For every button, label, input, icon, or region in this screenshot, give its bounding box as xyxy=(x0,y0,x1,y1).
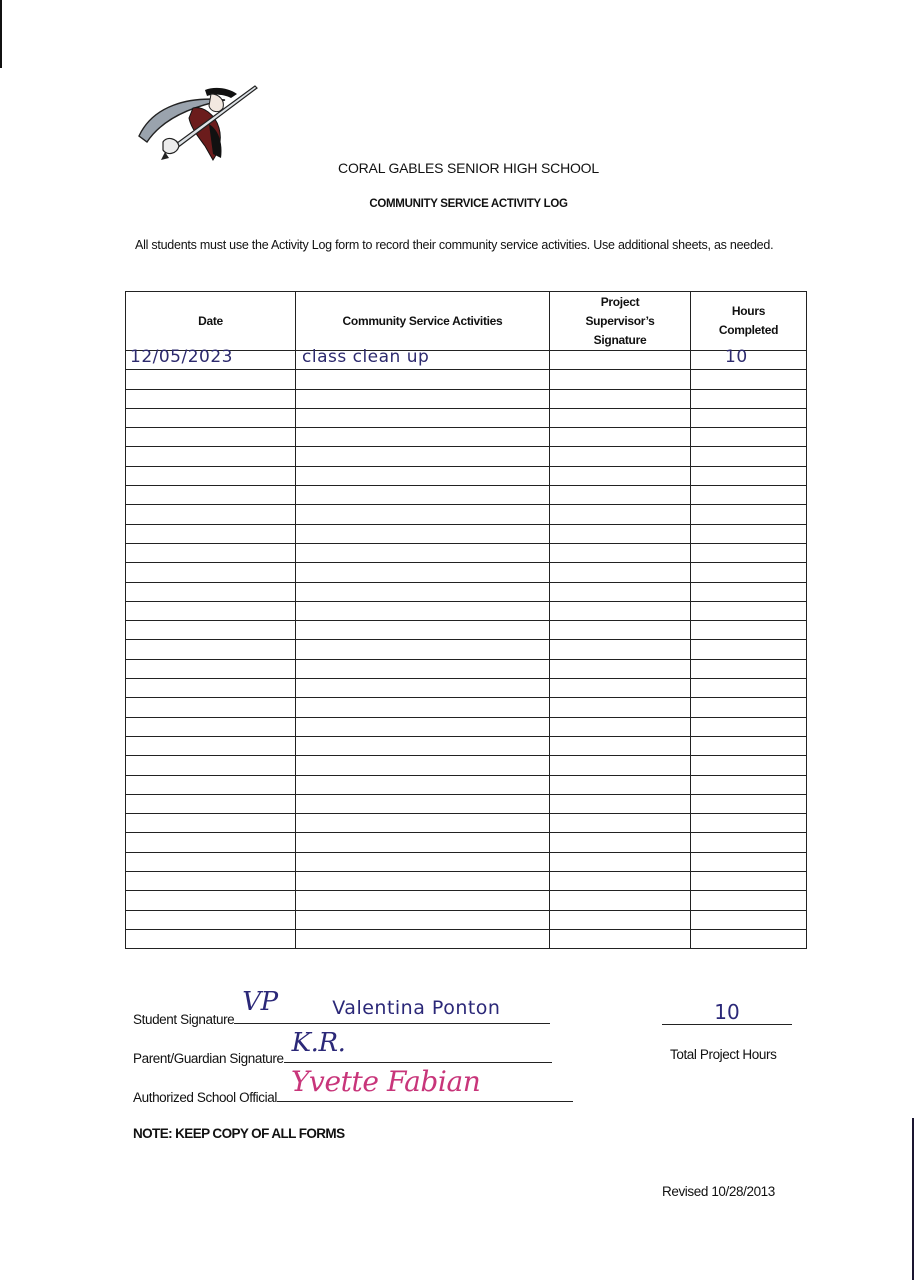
hours-cell[interactable] xyxy=(691,872,807,891)
table-row xyxy=(126,370,807,389)
activity-cell[interactable] xyxy=(296,756,550,775)
hours-cell[interactable] xyxy=(691,466,807,485)
date-cell[interactable] xyxy=(126,621,296,640)
student-signature-label: Student Signature xyxy=(133,1012,234,1027)
hours-cell[interactable] xyxy=(691,428,807,447)
activity-cell[interactable] xyxy=(296,543,550,562)
header-line: Supervisor’s xyxy=(550,312,690,331)
header-line: Completed xyxy=(691,321,806,340)
activity-cell[interactable] xyxy=(296,698,550,717)
supervisor-signature-cell[interactable] xyxy=(550,717,691,736)
supervisor-signature-cell[interactable] xyxy=(550,543,691,562)
activity-cell[interactable] xyxy=(296,370,550,389)
total-hours-label: Total Project Hours xyxy=(670,1047,776,1062)
instructions: All students must use the Activity Log f… xyxy=(135,234,795,256)
official-signature-field[interactable]: Yvette Fabian xyxy=(277,1087,573,1102)
date-cell[interactable] xyxy=(126,640,296,659)
hours-cell[interactable] xyxy=(691,910,807,929)
activity-cell[interactable] xyxy=(296,929,550,948)
official-signature-handwriting: Yvette Fabian xyxy=(291,1065,480,1098)
hours-cell[interactable] xyxy=(691,736,807,755)
table-row xyxy=(126,389,807,408)
activity-cell[interactable] xyxy=(296,486,550,505)
date-cell-handwriting: 12/05/2023 xyxy=(130,347,233,367)
date-cell[interactable] xyxy=(126,910,296,929)
table-row xyxy=(126,621,807,640)
hours-cell[interactable] xyxy=(691,563,807,582)
date-cell[interactable] xyxy=(126,698,296,717)
header-line: Signature xyxy=(550,331,690,350)
hours-cell[interactable] xyxy=(691,814,807,833)
hours-cell[interactable] xyxy=(691,756,807,775)
table-row xyxy=(126,679,807,698)
date-cell[interactable] xyxy=(126,814,296,833)
header-line: Hours xyxy=(691,302,806,321)
date-cell[interactable] xyxy=(126,505,296,524)
hours-cell[interactable] xyxy=(691,505,807,524)
supervisor-signature-cell[interactable] xyxy=(550,929,691,948)
date-cell[interactable] xyxy=(126,563,296,582)
table-row xyxy=(126,756,807,775)
supervisor-signature-cell[interactable] xyxy=(550,640,691,659)
supervisor-signature-cell[interactable] xyxy=(550,775,691,794)
supervisor-signature-cell[interactable] xyxy=(550,524,691,543)
table-row xyxy=(126,543,807,562)
activity-cell[interactable] xyxy=(296,640,550,659)
activity-cell[interactable] xyxy=(296,621,550,640)
supervisor-signature-cell[interactable] xyxy=(550,389,691,408)
student-signature-row: Student Signature VP Valentina Ponton xyxy=(133,1009,550,1027)
date-cell[interactable] xyxy=(126,852,296,871)
table-row xyxy=(126,505,807,524)
student-name-handwriting: Valentina Ponton xyxy=(332,997,500,1019)
activity-cell[interactable] xyxy=(296,524,550,543)
activity-log-table: Date Community Service Activities Projec… xyxy=(125,291,807,949)
cavalier-swordsman-logo-icon xyxy=(133,84,263,164)
table-header-row: Date Community Service Activities Projec… xyxy=(126,292,807,351)
table-row xyxy=(126,582,807,601)
activity-cell[interactable] xyxy=(296,872,550,891)
supervisor-signature-cell[interactable] xyxy=(550,601,691,620)
parent-signature-row: Parent/Guardian Signature K.R. xyxy=(133,1048,552,1066)
hours-cell[interactable] xyxy=(691,775,807,794)
date-cell[interactable]: 12/05/2023 xyxy=(126,351,296,370)
date-cell[interactable] xyxy=(126,601,296,620)
hours-cell[interactable] xyxy=(691,370,807,389)
hours-cell[interactable] xyxy=(691,852,807,871)
supervisor-signature-cell[interactable] xyxy=(550,351,691,370)
date-cell[interactable] xyxy=(126,408,296,427)
table-row xyxy=(126,408,807,427)
table-row xyxy=(126,717,807,736)
date-cell[interactable] xyxy=(126,679,296,698)
supervisor-signature-cell[interactable] xyxy=(550,408,691,427)
supervisor-signature-cell[interactable] xyxy=(550,698,691,717)
date-cell[interactable] xyxy=(126,717,296,736)
official-signature-label: Authorized School Official xyxy=(133,1090,277,1105)
hours-cell[interactable] xyxy=(691,698,807,717)
activity-cell[interactable] xyxy=(296,601,550,620)
hours-cell[interactable] xyxy=(691,679,807,698)
date-cell[interactable] xyxy=(126,659,296,678)
table-row xyxy=(126,698,807,717)
date-cell[interactable] xyxy=(126,466,296,485)
table-row xyxy=(126,929,807,948)
supervisor-signature-cell[interactable] xyxy=(550,679,691,698)
activity-cell[interactable] xyxy=(296,736,550,755)
activity-cell[interactable] xyxy=(296,466,550,485)
table-row xyxy=(126,852,807,871)
date-cell[interactable] xyxy=(126,756,296,775)
supervisor-signature-cell[interactable] xyxy=(550,486,691,505)
activity-cell[interactable] xyxy=(296,717,550,736)
table-row xyxy=(126,447,807,466)
hours-cell[interactable]: 10 xyxy=(691,351,807,370)
table-row xyxy=(126,428,807,447)
hours-cell[interactable] xyxy=(691,543,807,562)
table-row xyxy=(126,736,807,755)
parent-signature-label: Parent/Guardian Signature xyxy=(133,1051,284,1066)
parent-signature-field[interactable]: K.R. xyxy=(284,1048,552,1063)
hours-cell[interactable] xyxy=(691,621,807,640)
parent-signature-handwriting: K.R. xyxy=(292,1028,346,1058)
table-row: 12/05/2023class clean up10 xyxy=(126,351,807,370)
supervisor-signature-cell[interactable] xyxy=(550,833,691,852)
table-row xyxy=(126,775,807,794)
hours-cell[interactable] xyxy=(691,891,807,910)
activity-cell[interactable] xyxy=(296,659,550,678)
column-header-date: Date xyxy=(126,292,296,351)
activity-cell[interactable] xyxy=(296,428,550,447)
table-row xyxy=(126,563,807,582)
table-row xyxy=(126,910,807,929)
activity-cell[interactable] xyxy=(296,582,550,601)
hours-cell[interactable] xyxy=(691,524,807,543)
hours-cell[interactable] xyxy=(691,717,807,736)
school-name: CORAL GABLES SENIOR HIGH SCHOOL xyxy=(0,160,915,176)
supervisor-signature-cell[interactable] xyxy=(550,659,691,678)
column-header-hours: Hours Completed xyxy=(691,292,807,351)
date-cell[interactable] xyxy=(126,543,296,562)
supervisor-signature-cell[interactable] xyxy=(550,756,691,775)
date-cell[interactable] xyxy=(126,775,296,794)
date-cell[interactable] xyxy=(126,582,296,601)
student-signature-field[interactable]: VP Valentina Ponton xyxy=(234,1009,550,1024)
column-header-supervisor-signature: Project Supervisor’s Signature xyxy=(550,292,691,351)
hours-cell[interactable] xyxy=(691,833,807,852)
activity-cell[interactable] xyxy=(296,679,550,698)
table-row xyxy=(126,794,807,813)
table-row xyxy=(126,814,807,833)
activity-cell[interactable] xyxy=(296,833,550,852)
date-cell[interactable] xyxy=(126,833,296,852)
supervisor-signature-cell[interactable] xyxy=(550,910,691,929)
date-cell[interactable] xyxy=(126,736,296,755)
supervisor-signature-cell[interactable] xyxy=(550,891,691,910)
official-signature-row: Authorized School Official Yvette Fabian xyxy=(133,1087,573,1105)
revised-date: Revised 10/28/2013 xyxy=(662,1184,775,1199)
date-cell[interactable] xyxy=(126,389,296,408)
date-cell[interactable] xyxy=(126,929,296,948)
activity-cell[interactable] xyxy=(296,447,550,466)
supervisor-signature-cell[interactable] xyxy=(550,563,691,582)
activity-cell[interactable] xyxy=(296,910,550,929)
activity-cell[interactable] xyxy=(296,852,550,871)
hours-cell[interactable] xyxy=(691,929,807,948)
scan-edge-right xyxy=(912,1118,914,1280)
student-initials-handwriting: VP xyxy=(242,987,277,1017)
hours-cell-handwriting: 10 xyxy=(725,347,748,367)
activity-cell[interactable] xyxy=(296,408,550,427)
table-row xyxy=(126,466,807,485)
scan-edge-left xyxy=(0,0,2,68)
activity-cell[interactable] xyxy=(296,563,550,582)
supervisor-signature-cell[interactable] xyxy=(550,466,691,485)
supervisor-signature-cell[interactable] xyxy=(550,582,691,601)
activity-cell[interactable] xyxy=(296,794,550,813)
supervisor-signature-cell[interactable] xyxy=(550,370,691,389)
header-line: Project xyxy=(550,293,690,312)
column-header-activities: Community Service Activities xyxy=(296,292,550,351)
activity-cell[interactable]: class clean up xyxy=(296,351,550,370)
table-row xyxy=(126,833,807,852)
hours-cell[interactable] xyxy=(691,389,807,408)
hours-cell[interactable] xyxy=(691,794,807,813)
total-hours-value: 10 xyxy=(714,1000,739,1024)
date-cell[interactable] xyxy=(126,524,296,543)
supervisor-signature-cell[interactable] xyxy=(550,505,691,524)
date-cell[interactable] xyxy=(126,872,296,891)
date-cell[interactable] xyxy=(126,891,296,910)
hours-cell[interactable] xyxy=(691,659,807,678)
hours-cell[interactable] xyxy=(691,447,807,466)
hours-cell[interactable] xyxy=(691,582,807,601)
hours-cell[interactable] xyxy=(691,640,807,659)
hours-cell[interactable] xyxy=(691,601,807,620)
table-row xyxy=(126,891,807,910)
table-row xyxy=(126,486,807,505)
table-row xyxy=(126,524,807,543)
activity-cell[interactable] xyxy=(296,891,550,910)
supervisor-signature-cell[interactable] xyxy=(550,814,691,833)
hours-cell[interactable] xyxy=(691,486,807,505)
footer-note: NOTE: KEEP COPY OF ALL FORMS xyxy=(133,1126,344,1141)
supervisor-signature-cell[interactable] xyxy=(550,794,691,813)
date-cell[interactable] xyxy=(126,486,296,505)
activity-cell[interactable] xyxy=(296,389,550,408)
date-cell[interactable] xyxy=(126,428,296,447)
table-row xyxy=(126,659,807,678)
supervisor-signature-cell[interactable] xyxy=(550,872,691,891)
table-row xyxy=(126,601,807,620)
activity-cell[interactable] xyxy=(296,505,550,524)
activity-cell[interactable] xyxy=(296,814,550,833)
supervisor-signature-cell[interactable] xyxy=(550,428,691,447)
table-row xyxy=(126,872,807,891)
supervisor-signature-cell[interactable] xyxy=(550,736,691,755)
supervisor-signature-cell[interactable] xyxy=(550,621,691,640)
date-cell[interactable] xyxy=(126,447,296,466)
activity-cell-handwriting: class clean up xyxy=(302,347,429,367)
form-title: COMMUNITY SERVICE ACTIVITY LOG xyxy=(0,198,915,210)
total-hours-field[interactable]: 10 xyxy=(662,1002,792,1025)
activity-cell[interactable] xyxy=(296,775,550,794)
date-cell[interactable] xyxy=(126,794,296,813)
table-row xyxy=(126,640,807,659)
date-cell[interactable] xyxy=(126,370,296,389)
hours-cell[interactable] xyxy=(691,408,807,427)
supervisor-signature-cell[interactable] xyxy=(550,852,691,871)
supervisor-signature-cell[interactable] xyxy=(550,447,691,466)
